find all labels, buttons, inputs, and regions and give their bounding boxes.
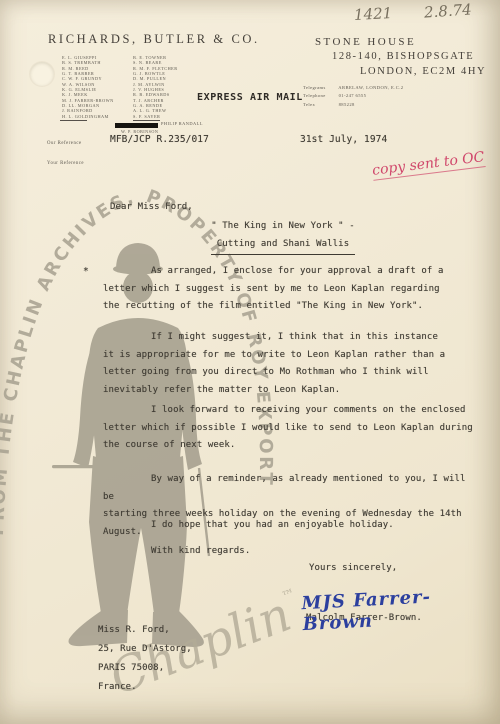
partner-name: H. L. GOLDINGHAM [62, 114, 114, 119]
closing-salutation: Yours sincerely, [309, 560, 397, 578]
redaction-bar [115, 123, 158, 128]
our-reference-value: MFB/JCP R.235/017 [110, 131, 209, 149]
contact-block: Telegrams ARBELAW, LONDON, E.C.2 Telepho… [303, 85, 403, 107]
contact-value: ARBELAW, LONDON, E.C.2 [338, 85, 403, 90]
express-air-mail-stamp: EXPRESS AIR MAIL [197, 92, 303, 103]
consultant-name: PHILIP RANDALL [161, 121, 203, 126]
contact-value: 885228 [339, 102, 355, 107]
pencil-number-annotation: 1421 [354, 4, 393, 24]
office-address-line: 128-140, BISHOPSGATE [332, 51, 474, 62]
divider [133, 120, 160, 121]
partners-column-1: E. L. GIUSEPPI B. S. TREMBATH R. M. REED… [62, 55, 114, 119]
office-address-line: LONDON, EC2M 4HY [360, 66, 486, 77]
divider [60, 120, 87, 121]
kind-regards-line: With kind regards. [103, 543, 475, 561]
subject-line-1: " The King in New York " - [193, 217, 373, 235]
contact-label: Telegrams [303, 85, 337, 90]
letter-page: FROM THE CHAPLIN ARCHIVES, PROPERTY OF R… [0, 0, 500, 724]
recipient-address: Miss R. Ford, 25, Rue D'Astorg, PARIS 75… [98, 621, 192, 697]
paragraph-2: If I might suggest it, I think that in t… [103, 329, 475, 399]
partners-column-2: B. E. TOWNER S. N. BEARE R. M. F. FLETCH… [133, 55, 178, 119]
paragraph-5: I do hope that you had an enjoyable holi… [103, 517, 475, 535]
margin-asterisk: * [83, 263, 89, 281]
office-address-line: STONE HOUSE [315, 36, 416, 48]
subject-line-2: Cutting and Shani Wallis [211, 235, 355, 255]
pencil-date-annotation: 2.8.74 [423, 0, 472, 21]
contact-label: Telephone [303, 93, 337, 98]
contact-row: Telex 885228 [303, 102, 403, 107]
firm-name: RICHARDS, BUTLER & CO. [48, 32, 260, 47]
paragraph-1: As arranged, I enclose for your approval… [103, 263, 475, 316]
your-reference-label: Your Reference [47, 161, 84, 166]
contact-row: Telephone 01-247 6555 [303, 93, 403, 98]
subject-block: " The King in New York " - Cutting and S… [193, 217, 373, 255]
salutation: Dear Miss Ford, [110, 199, 193, 217]
paragraph-3: I look forward to receiving your comment… [103, 402, 475, 455]
partner-name: S. F. SAYER [133, 114, 178, 119]
letter-date: 31st July, 1974 [300, 131, 387, 149]
our-reference-label: Our Reference [47, 141, 82, 146]
contact-value: 01-247 6555 [339, 93, 367, 98]
contact-row: Telegrams ARBELAW, LONDON, E.C.2 [303, 85, 403, 90]
contact-label: Telex [303, 102, 337, 107]
cane-icon [52, 465, 96, 468]
